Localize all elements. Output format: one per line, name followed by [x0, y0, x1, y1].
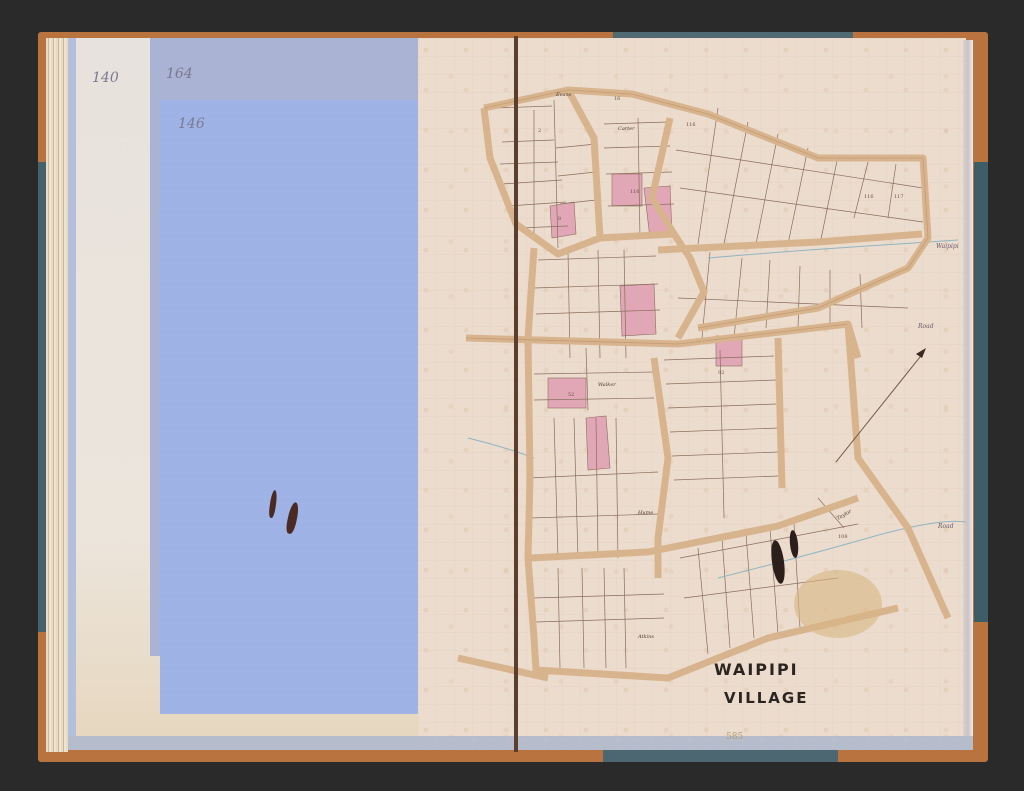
- open-book: 140 164 146: [38, 32, 988, 762]
- svg-text:52: 52: [568, 392, 574, 398]
- svg-text:116: 116: [630, 189, 640, 195]
- book-gutter: [514, 36, 518, 752]
- map-title-line2: VILLAGE: [724, 689, 808, 707]
- svg-text:Atkins: Atkins: [637, 634, 654, 640]
- road-label: Road: [937, 523, 954, 530]
- cover-cloth-bottom: [603, 750, 838, 762]
- svg-text:Evans: Evans: [555, 92, 572, 98]
- svg-text:Walker: Walker: [598, 382, 616, 388]
- cover-cloth-right: [974, 162, 988, 622]
- svg-text:92: 92: [718, 370, 724, 376]
- svg-text:Carter: Carter: [618, 126, 635, 132]
- map-title-line1: WAIPIPI: [714, 660, 799, 679]
- folio-mark: 585: [726, 732, 743, 742]
- sheet-number-3: 146: [178, 116, 205, 132]
- sheet-number-2: 164: [166, 66, 193, 82]
- svg-text:8: 8: [558, 216, 561, 222]
- stream-label: Waipipi: [936, 243, 959, 250]
- page-edges: [46, 38, 68, 752]
- svg-text:117: 117: [894, 194, 904, 200]
- water-stain: [794, 570, 882, 638]
- left-page-blue-strip: [68, 38, 76, 750]
- svg-text:116: 116: [864, 194, 874, 200]
- svg-text:Hume: Hume: [637, 510, 653, 516]
- svg-text:108: 108: [838, 534, 848, 540]
- svg-text:2: 2: [538, 128, 541, 134]
- blue-sheet-front: [160, 100, 428, 714]
- svg-text:116: 116: [686, 122, 696, 128]
- svg-text:16: 16: [614, 96, 620, 102]
- village-survey-map: Waipipi Road Road 1 2 16 116 116 8 116 1…: [418, 38, 966, 750]
- sheet-number-1: 140: [92, 70, 119, 86]
- road-label: Road: [917, 323, 934, 330]
